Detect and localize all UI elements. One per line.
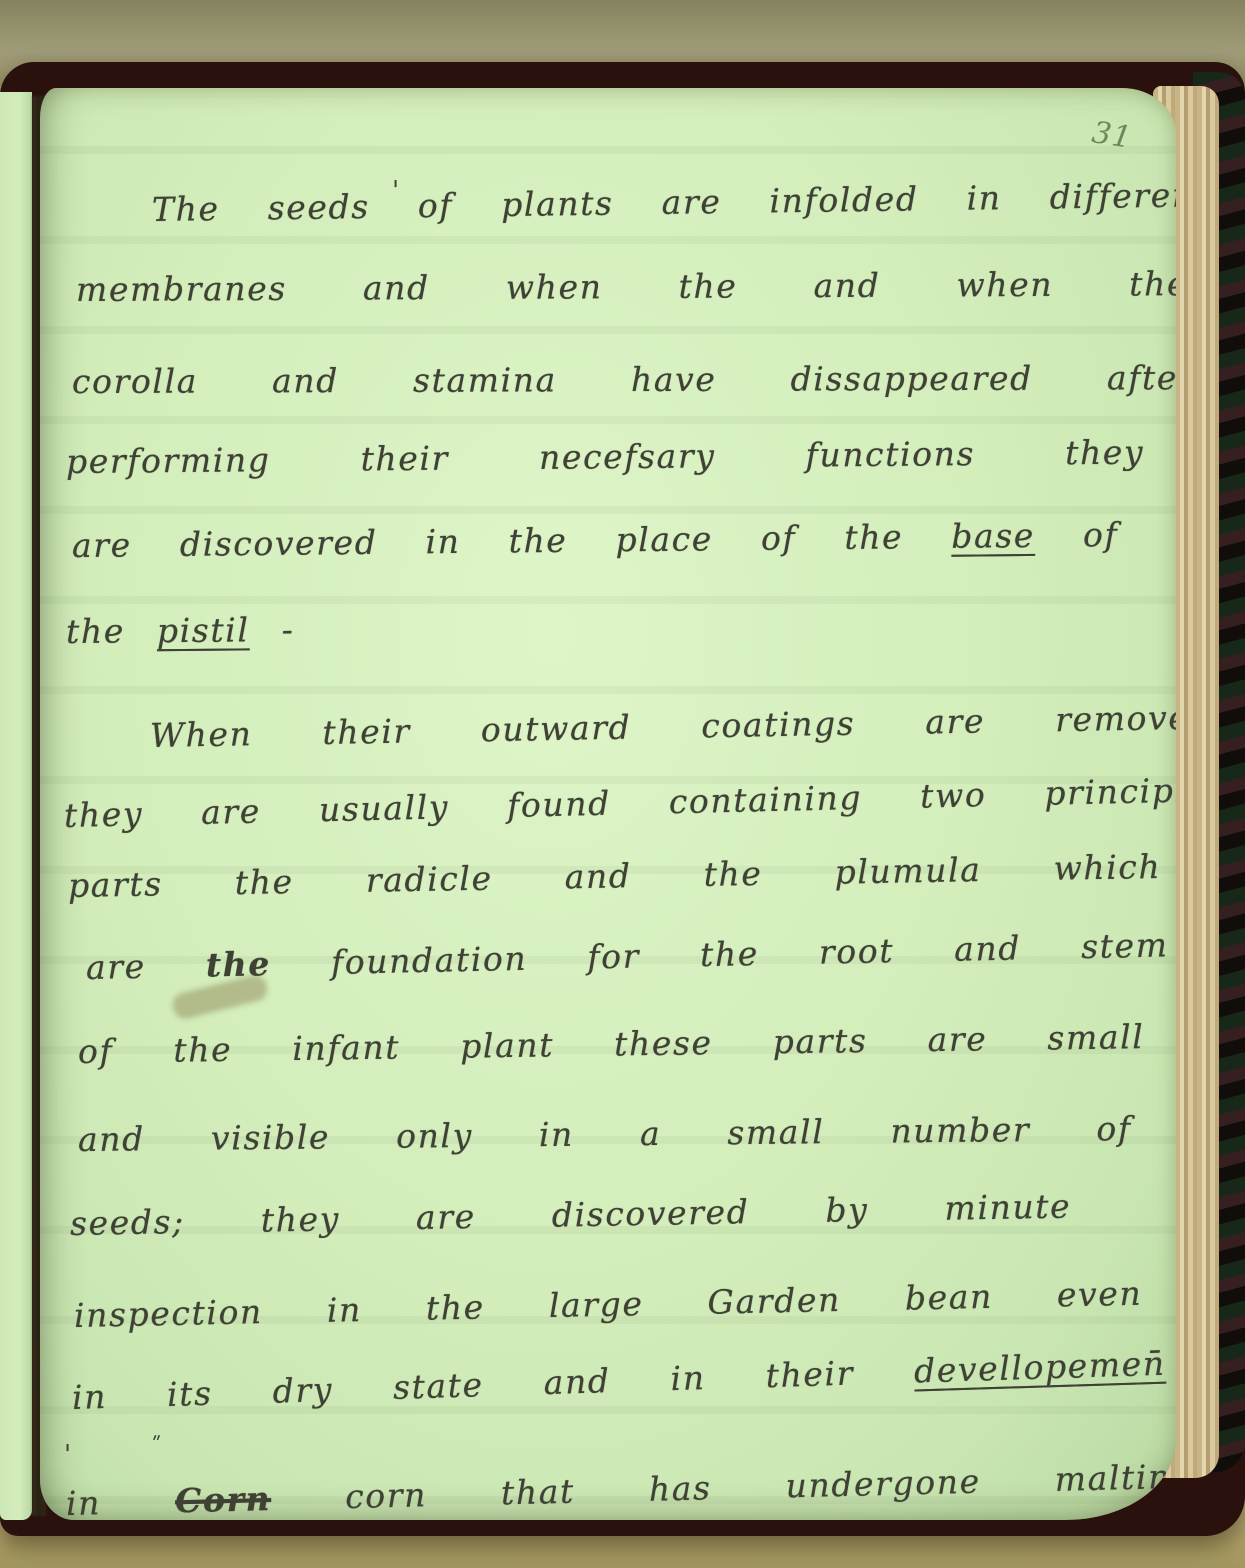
handwriting-text: performing their necefsary functions the… [66,433,1145,481]
handwriting-text: parts the radicle and the plumula which [68,847,1162,905]
manuscript-line: the pistil - [66,610,295,651]
handwriting-text: of the infant plant these parts are smal… [78,1017,1145,1071]
handwriting-text: of [1035,515,1119,555]
underlined-word-base: base [951,516,1035,556]
stray-ink-mark: ' [64,1440,71,1470]
handwriting-text: in [66,1481,176,1520]
handwriting-text: membranes and when the and when the [76,264,1176,309]
manuscript-line: and visible only in a small number of [78,1109,1132,1159]
handwriting-text: corolla and stamina have dissappeared af… [72,358,1176,401]
manuscript-page: 31 The seeds of plants are infolded in d… [40,88,1176,1520]
handwriting-text: - [249,610,294,649]
facing-page-edge [0,92,32,1520]
handwriting-text: foundation for the root and stem [270,925,1168,983]
handwriting-text: are [86,945,207,987]
handwriting-text: the [66,611,157,651]
manuscript-line: of the infant plant these parts are smal… [78,1017,1145,1071]
manuscript-line: performing their necefsary functions the… [66,433,1145,481]
handwriting-text: corn that has undergone malting [271,1456,1176,1518]
notebook-cover: 31 The seeds of plants are infolded in d… [0,62,1245,1536]
handwriting-text: in its dry state and in their [71,1352,914,1417]
manuscript-line: in Corn corn that has undergone malting [66,1456,1176,1520]
underlined-word-pistil: pistil [157,610,250,650]
handwriting-text: seeds; they are discovered by minute [70,1187,1072,1243]
manuscript-line: parts the radicle and the plumula which [68,847,1162,905]
manuscript-line: inspection in the large Garden bean even [74,1274,1143,1335]
manuscript-line: are discovered in the place of the base … [72,515,1119,565]
stray-ink-mark: ' [392,176,399,206]
manuscript-line: The seeds of plants are infolded in diff… [152,175,1176,229]
handwriting-text: and visible only in a small number of [78,1109,1132,1159]
manuscript-line: When their outward coatings are removed [150,697,1176,755]
manuscript-line: corolla and stamina have dissappeared af… [72,358,1176,401]
photo-scene: 31 The seeds of plants are infolded in d… [0,0,1245,1568]
page-number: 31 [1089,115,1134,156]
handwriting-text: are discovered in the place of the [72,517,952,565]
handwriting-text: inspection in the large Garden bean even [74,1274,1143,1335]
manuscript-line: seeds; they are discovered by minute [70,1187,1072,1243]
handwriting-text: The seeds of plants are infolded in diff… [152,175,1176,229]
stray-ink-mark: ʺ [152,1432,161,1456]
handwriting-text: they are usually found containing two pr… [64,770,1176,835]
underlined-word-devellopemen: devellopemen̄ [913,1344,1166,1391]
struck-word-corn: Corn [175,1479,272,1520]
handwriting-text: When their outward coatings are removed [150,697,1176,755]
manuscript-line: in its dry state and in their devellopem… [71,1344,1166,1417]
manuscript-line: they are usually found containing two pr… [64,770,1176,835]
manuscript-line: membranes and when the and when the [76,264,1176,309]
